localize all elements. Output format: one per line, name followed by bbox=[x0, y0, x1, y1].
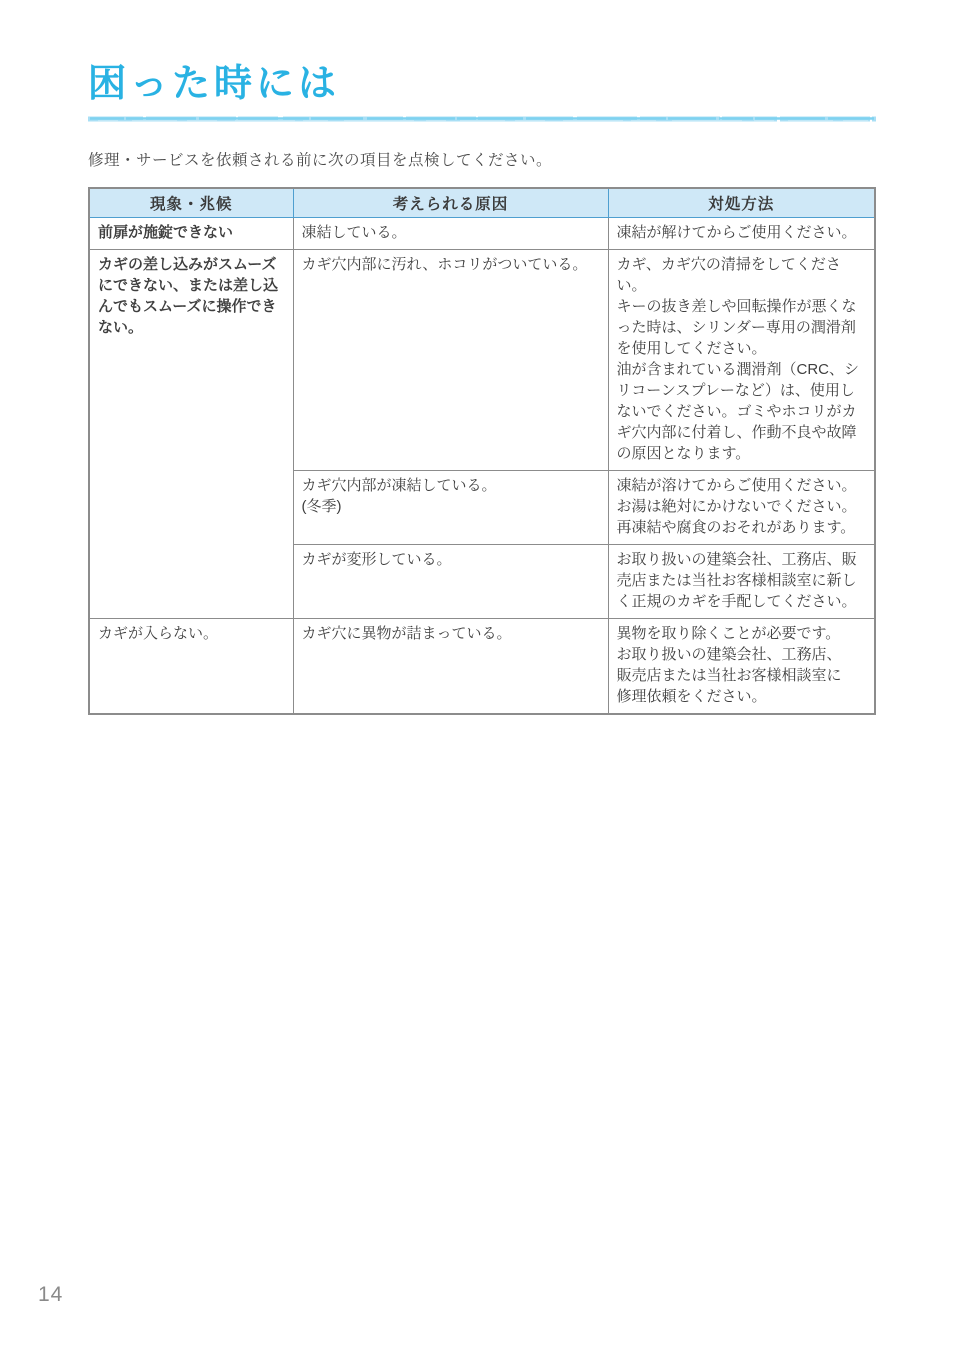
cause-cell: カギが変形している。 bbox=[293, 545, 608, 619]
intro-text: 修理・サービスを依頼される前に次の項目を点検してください。 bbox=[88, 148, 876, 170]
cause-cell: カギ穴に異物が詰まっている。 bbox=[293, 619, 608, 715]
table-row: カギの差し込みがスムーズにできない、または差し込んでもスムーズに操作できない。 … bbox=[89, 250, 875, 471]
remedy-cell: カギ、カギ穴の清掃をしてください。 キーの抜き差しや回転操作が悪くなった時は、シ… bbox=[608, 250, 875, 471]
cause-cell: 凍結している。 bbox=[293, 218, 608, 250]
remedy-cell: 凍結が溶けてからご使用ください。 お湯は絶対にかけないでください。 再凍結や腐食… bbox=[608, 471, 875, 545]
header-symptom: 現象・兆候 bbox=[89, 188, 293, 218]
symptom-cell: カギが入らない。 bbox=[89, 619, 293, 715]
table-header-row: 現象・兆候 考えられる原因 対処方法 bbox=[89, 188, 875, 218]
table-row: 前扉が施錠できない 凍結している。 凍結が解けてからご使用ください。 bbox=[89, 218, 875, 250]
symptom-cell: カギの差し込みがスムーズにできない、または差し込んでもスムーズに操作できない。 bbox=[89, 250, 293, 619]
page-number: 14 bbox=[38, 1283, 63, 1307]
troubleshooting-table: 現象・兆候 考えられる原因 対処方法 前扉が施錠できない 凍結している。 凍結が… bbox=[88, 187, 876, 716]
table-row: カギが入らない。 カギ穴に異物が詰まっている。 異物を取り除くことが必要です。 … bbox=[89, 619, 875, 715]
remedy-cell: 凍結が解けてからご使用ください。 bbox=[608, 218, 875, 250]
header-cause: 考えられる原因 bbox=[293, 188, 608, 218]
manual-page: 困った時には 修理・サービスを依頼される前に次の項目を点検してください。 現象・… bbox=[0, 0, 960, 1358]
cause-cell: カギ穴内部が凍結している。 (冬季) bbox=[293, 471, 608, 545]
brush-underline-decoration bbox=[88, 114, 876, 124]
symptom-cell: 前扉が施錠できない bbox=[89, 218, 293, 250]
page-content: 困った時には 修理・サービスを依頼される前に次の項目を点検してください。 現象・… bbox=[88, 0, 876, 715]
page-title: 困った時には bbox=[88, 62, 876, 108]
remedy-cell: お取り扱いの建築会社、工務店、販売店または当社お客様相談室に新しく正規のカギを手… bbox=[608, 545, 875, 619]
remedy-cell: 異物を取り除くことが必要です。 お取り扱いの建築会社、工務店、 販売店または当社… bbox=[608, 619, 875, 715]
cause-cell: カギ穴内部に汚れ、ホコリがついている。 bbox=[293, 250, 608, 471]
header-remedy: 対処方法 bbox=[608, 188, 875, 218]
